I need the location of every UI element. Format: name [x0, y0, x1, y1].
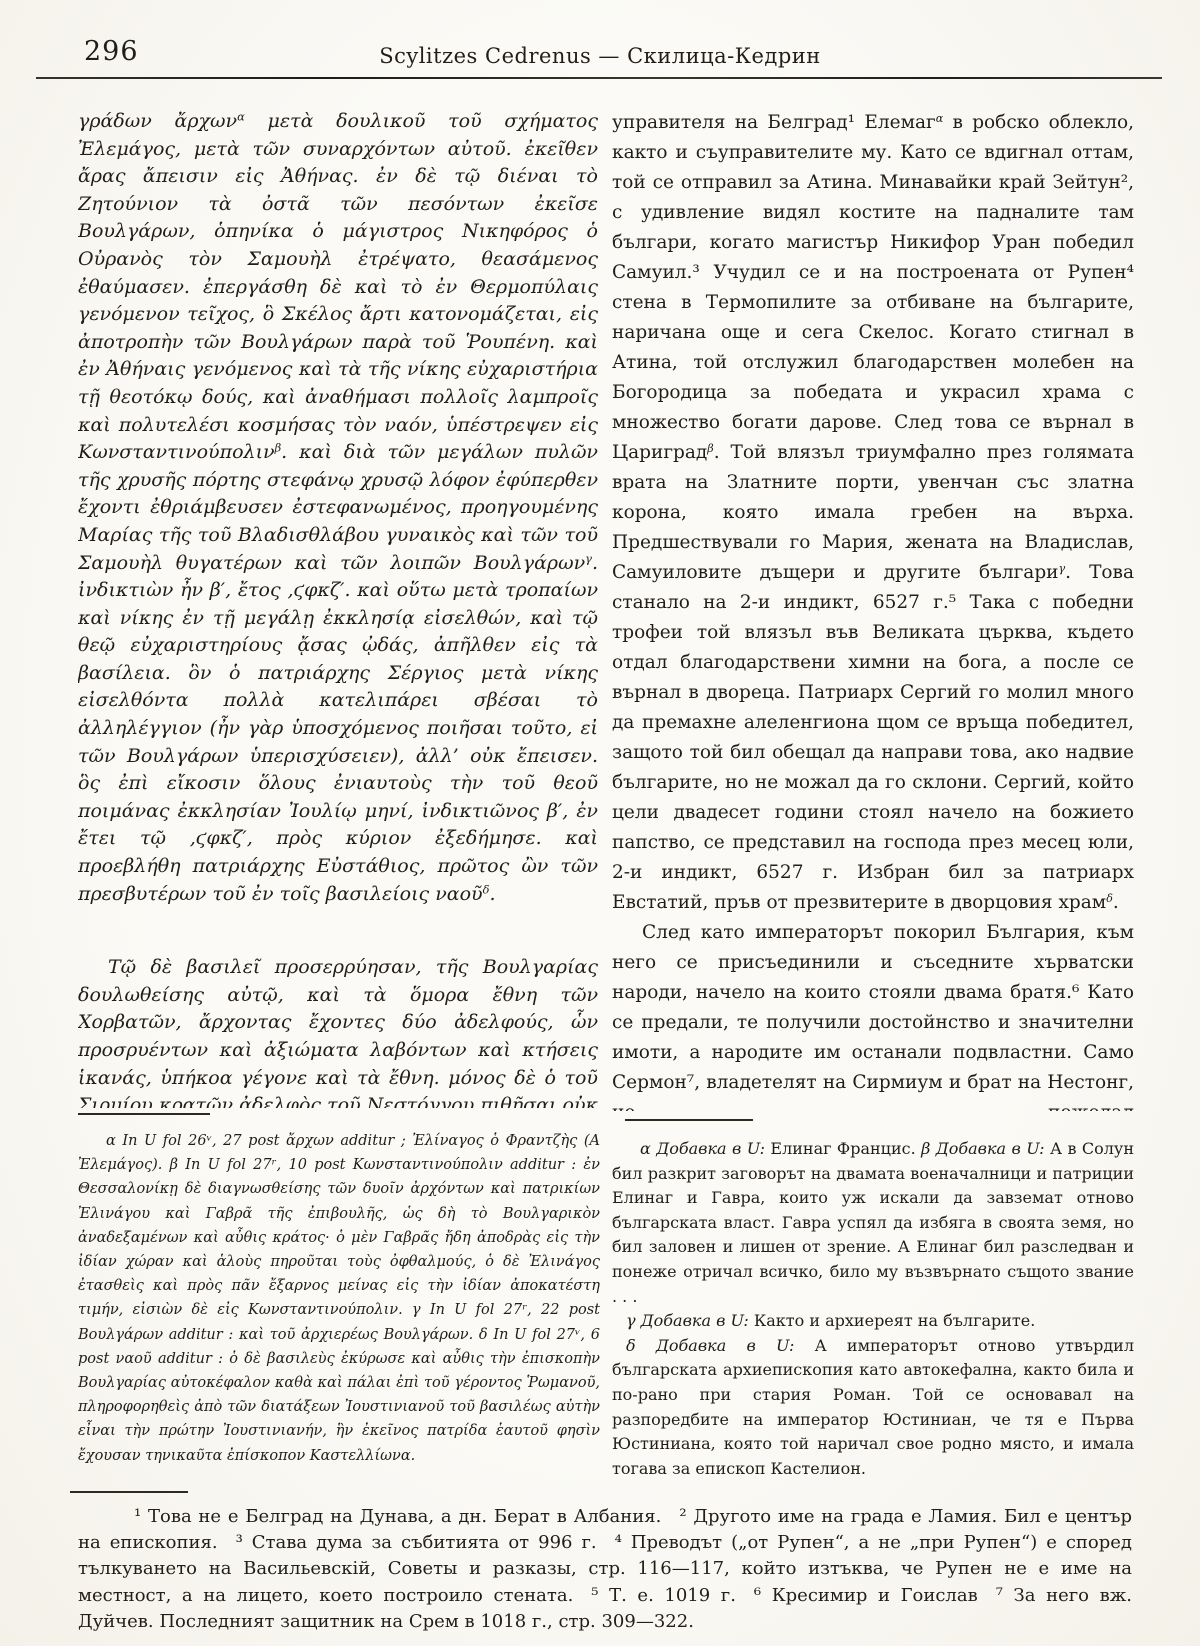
- greek-text-segment: μετὰ δουλικοῦ τοῦ σχήματος Ἐλεμάγος, μετ…: [78, 110, 598, 463]
- greek-text-segment: γράδων ἄρχων: [78, 110, 237, 132]
- apparatus-separator-left: [78, 1113, 210, 1115]
- bulgarian-column: управителя на Белград¹ Елемагα в робско …: [612, 108, 1134, 1111]
- apparatus-note-alpha-beta: α Добавка в U: Елинаг Францис. β Добавка…: [612, 1137, 1134, 1309]
- greek-text-segment: .: [489, 883, 495, 905]
- apparatus-note-delta: δ Добавка в U: А императорът отново утвъ…: [612, 1334, 1134, 1482]
- apparatus-separator-right: [625, 1119, 753, 1121]
- bulgarian-paragraph-1: управителя на Белград¹ Елемагα в робско …: [612, 108, 1134, 918]
- apparatus-marker-gamma: γ: [585, 551, 592, 565]
- apparatus-note-text: Както и архиереят на българите.: [749, 1311, 1036, 1330]
- apparatus-note-text: Елинаг Францис.: [765, 1139, 921, 1158]
- bulgarian-text-segment: . Той влязъл триумфално през голямата вр…: [612, 442, 1134, 583]
- greek-paragraph-2: Τῷ δὲ βασιλεῖ προσερρύησαν, τῆς Βουλγαρί…: [78, 954, 598, 1108]
- bulgarian-apparatus: α Добавка в U: Елинаг Францис. β Добавка…: [612, 1137, 1134, 1481]
- apparatus-note-text: А императорът отново утвърдил българскат…: [612, 1336, 1134, 1478]
- running-title: Scylitzes Cedrenus — Скилица-Кедрин: [0, 44, 1200, 68]
- apparatus-note-text: А в Солун бил разкрит заговорът на двама…: [612, 1139, 1134, 1306]
- greek-apparatus-text: α In U fol 26ᵛ, 27 post ἄρχων additur ; …: [78, 1129, 600, 1468]
- apparatus-note-label: δ Добавка в U:: [626, 1336, 794, 1355]
- bulgarian-text-segment: управителя на Белград¹ Елемаг: [612, 112, 936, 133]
- greek-apparatus: α In U fol 26ᵛ, 27 post ἄρχων additur ; …: [78, 1129, 600, 1468]
- apparatus-note-label: α Добавка в U:: [640, 1139, 765, 1158]
- bulgarian-text-segment: . Това станало на 2-и индикт, 6527 г.⁵ Т…: [612, 562, 1134, 913]
- greek-column: γράδων ἄρχωνα μετὰ δουλικοῦ τοῦ σχήματος…: [78, 108, 598, 1108]
- apparatus-note-label: γ Добавка в U:: [626, 1311, 749, 1330]
- apparatus-marker-alpha: α: [237, 110, 245, 124]
- bulgarian-text-segment: .: [1113, 892, 1119, 913]
- apparatus-note-label: β Добавка в U:: [921, 1139, 1044, 1158]
- apparatus-marker-delta: δ: [1106, 892, 1113, 905]
- book-page: 296 Scylitzes Cedrenus — Скилица-Кедрин …: [0, 0, 1200, 1646]
- footnotes-text: ¹ Това не е Белград на Дунава, а дн. Бер…: [78, 1504, 1132, 1635]
- page-footnotes: ¹ Това не е Белград на Дунава, а дн. Бер…: [78, 1504, 1132, 1635]
- greek-text-segment: . ἰνδικτιὼν ἦν β′, ἔτος ‚ϛφκζ′. καὶ οὕτω…: [78, 552, 598, 905]
- bulgarian-text-segment: в робско облекло, както и съуправителите…: [612, 112, 1134, 463]
- header-rule: [36, 77, 1162, 79]
- footnotes-separator: [70, 1491, 188, 1493]
- greek-paragraph-1: γράδων ἄρχωνα μετὰ δουλικοῦ τοῦ σχήματος…: [78, 108, 598, 908]
- bulgarian-paragraph-2: След като императорът покорил България, …: [612, 918, 1134, 1111]
- apparatus-note-gamma: γ Добавка в U: Както и архиереят на бълг…: [612, 1309, 1134, 1334]
